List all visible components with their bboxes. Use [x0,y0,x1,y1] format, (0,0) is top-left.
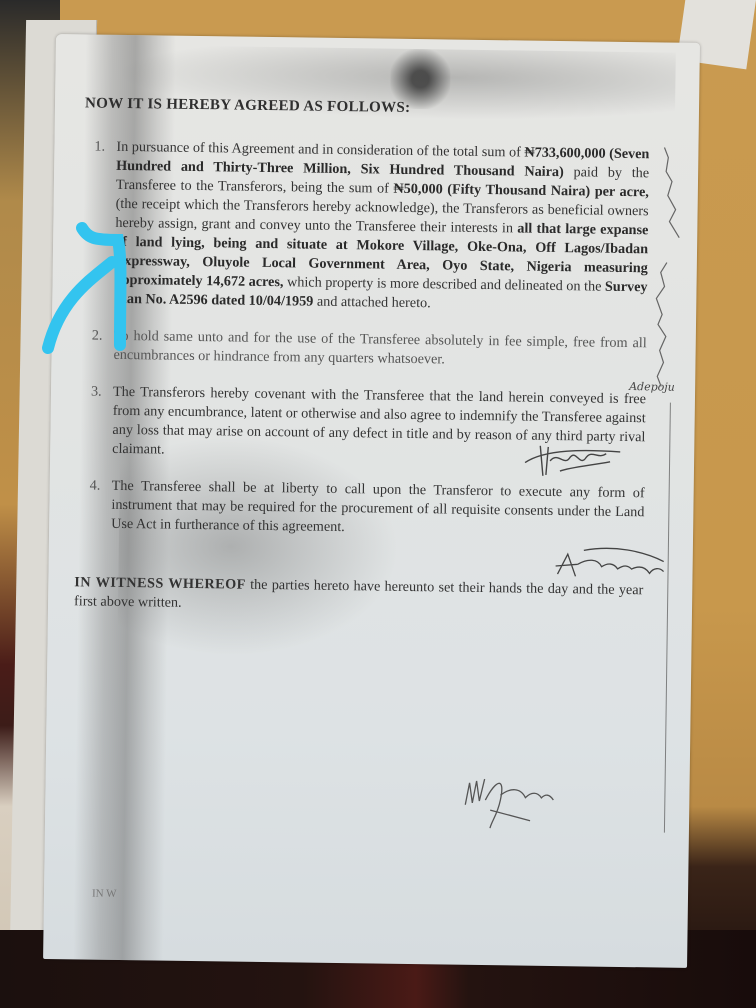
clause-4: 4.The Transferee shall be at liberty to … [89,477,645,542]
signature-scribble-icon [553,546,673,583]
bleed-through-text: IN W [92,888,117,900]
clause-text: In pursuance of this Agreement and in co… [114,138,649,316]
signature-clause-2 [520,441,631,488]
clause-1: 1.In pursuance of this Agreement and in … [92,138,649,317]
clause-text: To hold same unto and for the use of the… [113,327,646,372]
clause-segment: In pursuance of this Agreement and in co… [116,139,524,161]
witness-lead: IN WITNESS WHEREOF [74,574,246,592]
clause-text: The Transferee shall be at liberty to ca… [111,477,645,541]
clause-2: 2.To hold same unto and for the use of t… [91,327,646,373]
clause-segment: The Transferee shall be at liberty to ca… [111,478,645,535]
agreement-body: NOW IT IS HEREBY AGREED AS FOLLOWS: 1.In… [88,95,650,620]
clause-segment: To hold same unto and for the use of the… [113,328,646,368]
clause-number: 3. [90,383,113,459]
margin-handwriting [650,142,694,463]
margin-line [664,403,671,833]
signature-scribble-icon [520,441,631,483]
clause-segment: which property is more described and del… [283,274,605,294]
clause-segment: and attached hereto. [313,294,431,312]
signature-clause-3 [553,546,674,588]
document-page: NOW IT IS HEREBY AGREED AS FOLLOWS: 1.In… [43,34,700,968]
signature-scribble-icon [460,770,571,832]
clause-number: 2. [91,327,114,365]
signature-bottom [460,770,571,837]
vertical-handwriting-icon [651,142,695,403]
clause-number: 4. [89,477,112,534]
clause-number: 1. [92,138,116,309]
clause-emphasis: ₦50,000 (Fifty Thousand Naira) per acre, [393,181,649,201]
